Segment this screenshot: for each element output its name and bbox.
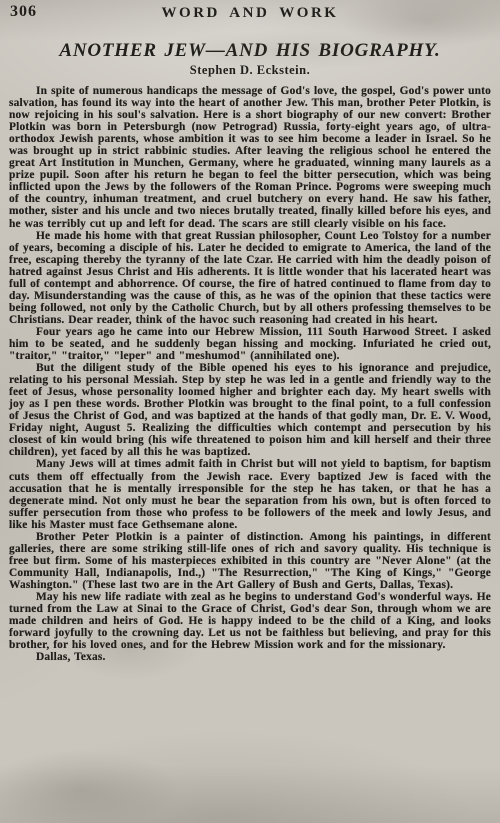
article-body: In spite of numerous handicaps the messa… [0,85,500,663]
article-paragraph-2: He made his home with that great Russian… [9,230,491,326]
article-paragraph-6: Brother Peter Plotkin is a painter of di… [9,531,491,591]
article-paragraph-1: In spite of numerous handicaps the messa… [9,85,491,230]
paper-stain [0,750,180,823]
article-paragraph-4: But the diligent study of the Bible open… [9,362,491,458]
article-paragraph-3: Four years ago he came into our Hebrew M… [9,326,491,362]
page-header: 306 WORD AND WORK [0,0,500,27]
page-number: 306 [10,3,37,21]
article-byline: Stephen D. Eckstein. [0,63,500,78]
article-signoff: Dallas, Texas. [9,651,491,663]
document-page: 306 WORD AND WORK ANOTHER JEW—AND HIS BI… [0,0,500,823]
journal-masthead: WORD AND WORK [0,5,500,22]
article-paragraph-7: May his new life radiate with zeal as he… [9,591,491,651]
article-title: ANOTHER JEW—AND HIS BIOGRAPHY. [0,40,500,62]
article-paragraph-5: Many Jews will at times admit faith in C… [9,458,491,530]
